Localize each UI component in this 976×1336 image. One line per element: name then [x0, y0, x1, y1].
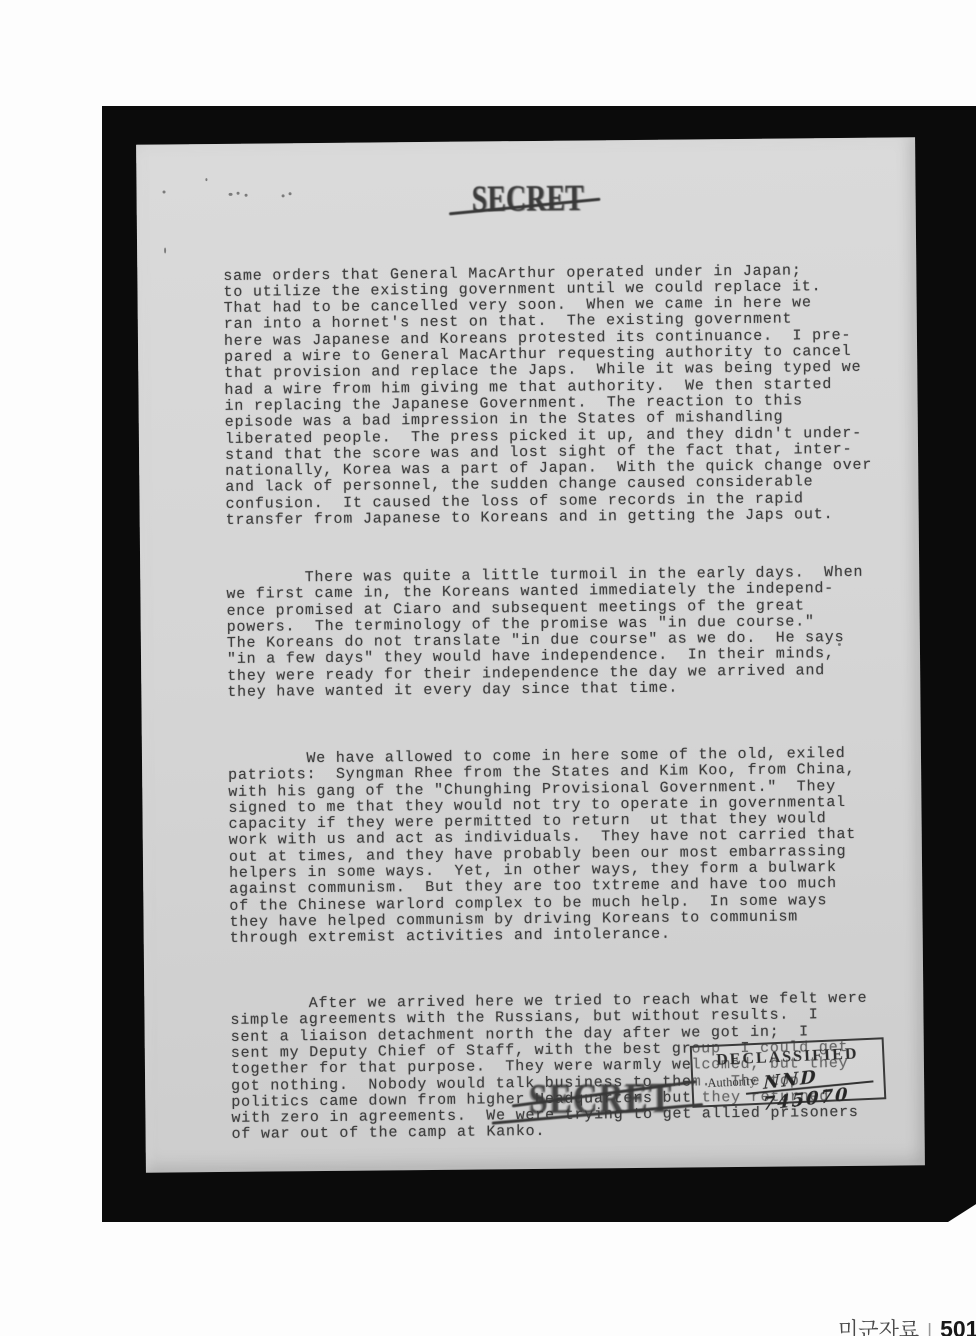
typed-paragraph: There was quite a little turmoil in the …: [226, 564, 895, 701]
document-page: SECRET same orders that General MacArthu…: [136, 137, 925, 1172]
declassified-stamp: DECLASSIFIED Authority NND 745070: [690, 1037, 887, 1108]
authority-label: Authority: [707, 1074, 756, 1091]
secret-stamp-top: SECRET: [471, 180, 575, 219]
footer-page-number: 501: [940, 1316, 976, 1336]
scan-speck: [282, 194, 285, 197]
scan-speck: [289, 192, 292, 195]
scan-speck: [245, 194, 248, 197]
scan-speck: [163, 190, 166, 193]
scan-speck: [205, 178, 207, 181]
typed-text: same orders that General MacArthur opera…: [223, 230, 900, 1177]
scan-speck: [237, 192, 240, 195]
secret-stamp-top-text: SECRET: [471, 177, 583, 219]
footer-caption: 미군자료 | 501: [838, 1314, 976, 1336]
typed-paragraph: We have allowed to come in here some of …: [228, 745, 898, 947]
footer-label-korean: 미군자료: [838, 1314, 919, 1336]
scan-speck: [229, 193, 233, 196]
footer-divider: |: [927, 1321, 932, 1336]
scan-speck: [164, 247, 166, 253]
page-canvas: SECRET same orders that General MacArthu…: [0, 0, 976, 1336]
typed-paragraph: same orders that General MacArthur opera…: [223, 262, 893, 529]
